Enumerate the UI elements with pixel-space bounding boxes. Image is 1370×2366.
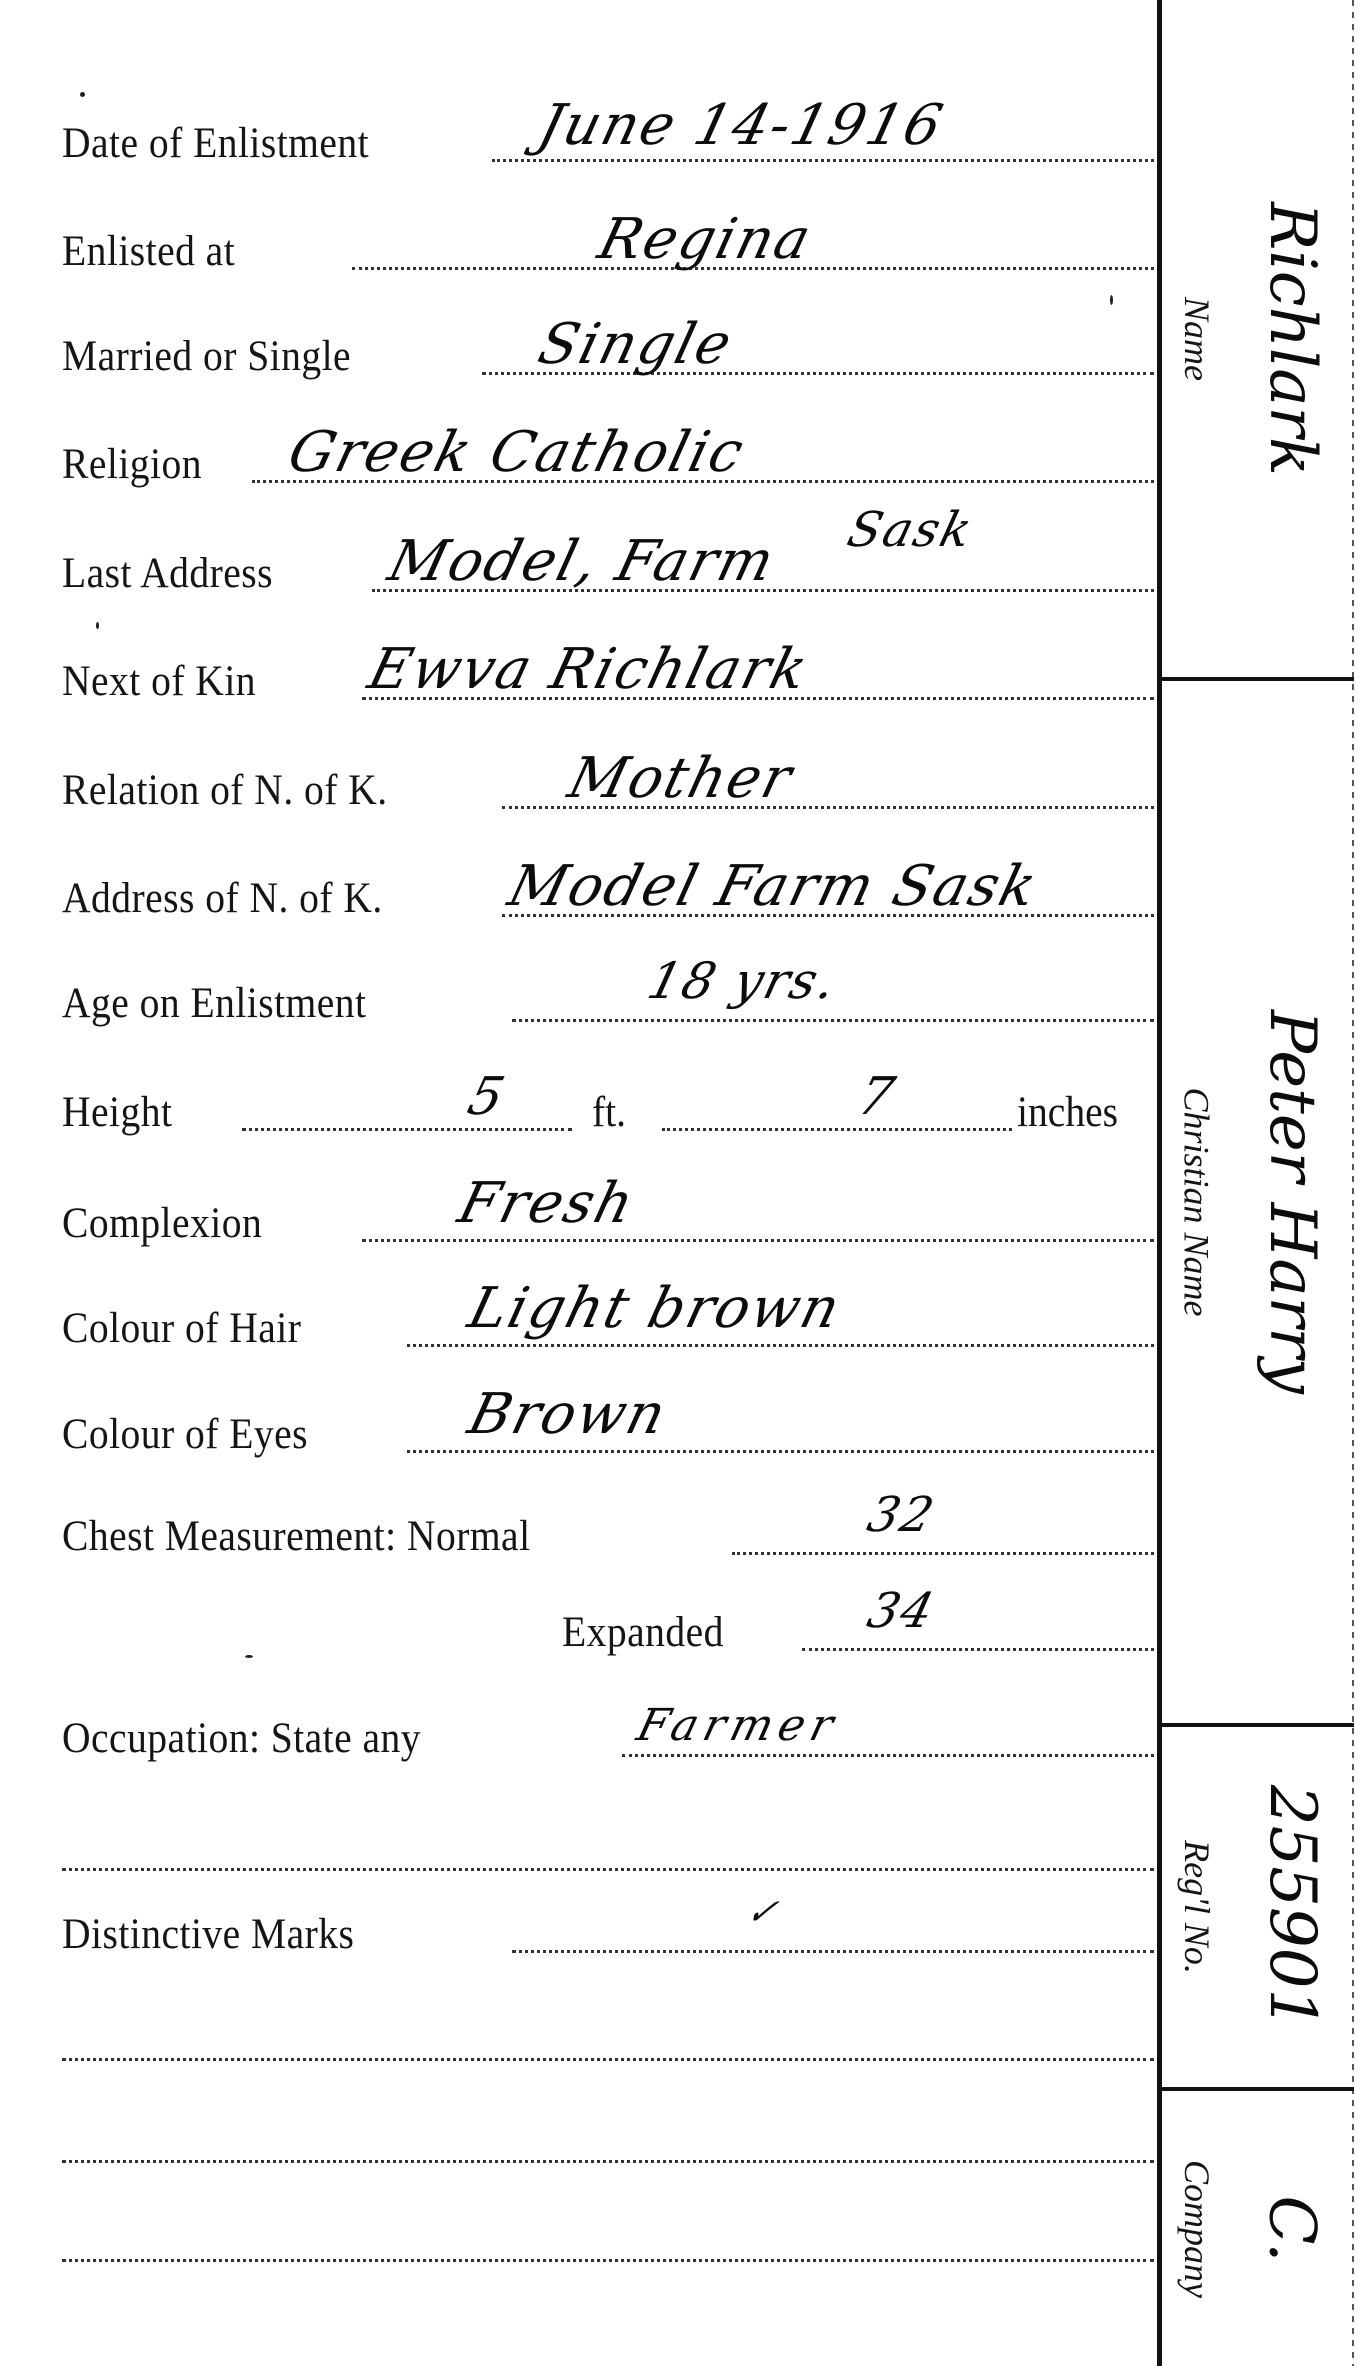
blank-line — [62, 2212, 1154, 2272]
field-value[interactable]: June 14-1916 — [532, 93, 950, 158]
field-chest-normal: Chest Measurement: Normal 32 — [62, 1505, 1154, 1565]
field-date-of-enlistment: Date of Enlistment June 14-1916 — [62, 112, 1154, 172]
fill-line[interactable] — [62, 2058, 1154, 2061]
field-religion: Religion Greek Catholic — [62, 433, 1154, 493]
fill-line-feet — [242, 1128, 572, 1131]
sidebar-name-cell: Name Richlark — [1162, 0, 1352, 677]
sidebar-regt-no-cell: Reg'l No. 255901 — [1162, 1727, 1352, 2087]
field-value[interactable]: Regina — [592, 207, 819, 272]
fill-line — [732, 1552, 1154, 1555]
field-label: Colour of Hair — [62, 1304, 301, 1353]
field-age-on-enlistment: Age on Enlistment 18 yrs. — [62, 972, 1154, 1032]
sidebar-company-cell: Company C. — [1162, 2091, 1352, 2366]
field-value[interactable]: 18 yrs. — [642, 952, 844, 1010]
field-label: Religion — [62, 440, 202, 489]
field-colour-of-eyes: Colour of Eyes Brown — [62, 1403, 1154, 1463]
field-value[interactable]: Mother — [562, 746, 800, 811]
field-complexion: Complexion Fresh — [62, 1192, 1154, 1252]
field-label: Age on Enlistment — [62, 979, 366, 1028]
fill-line — [512, 1019, 1154, 1022]
field-enlisted-at: Enlisted at Regina — [62, 220, 1154, 280]
inches-unit-label: inches — [1017, 1088, 1118, 1137]
paper-speck — [245, 1655, 253, 1658]
fill-line — [407, 1450, 1154, 1453]
field-value[interactable]: Brown — [462, 1382, 674, 1447]
field-value[interactable]: Light brown — [462, 1276, 848, 1341]
height-inches-value[interactable]: 7 — [852, 1067, 902, 1127]
fill-line — [802, 1648, 1154, 1651]
field-label: Expanded — [562, 1608, 724, 1657]
field-occupation-continued — [62, 1821, 1154, 1881]
regt-no-label: Reg'l No. — [1162, 1727, 1232, 2087]
fill-line[interactable] — [62, 2259, 1154, 2262]
field-last-address: Last Address Model, Farm Sask — [62, 542, 1154, 602]
field-value[interactable]: Ewva Richlark — [362, 637, 815, 702]
sidebar-christian-name-cell: Christian Name Peter Harry — [1162, 681, 1352, 1723]
paper-speck — [1110, 295, 1113, 305]
paper-speck — [96, 622, 99, 629]
field-value[interactable]: Greek Catholic — [282, 420, 751, 485]
field-colour-of-hair: Colour of Hair Light brown — [62, 1297, 1154, 1357]
field-label: Date of Enlistment — [62, 119, 369, 168]
field-occupation: Occupation: State any Farmer — [62, 1707, 1154, 1767]
field-value-extra[interactable]: Sask — [842, 502, 979, 558]
field-label: Complexion — [62, 1199, 262, 1248]
field-label: Enlisted at — [62, 227, 235, 276]
card-edge — [1352, 0, 1354, 2366]
field-label: Married or Single — [62, 332, 351, 381]
christian-name-label: Christian Name — [1162, 681, 1232, 1723]
attestation-form: Date of Enlistment June 14-1916 Enlisted… — [0, 0, 1160, 2366]
paper-speck — [80, 92, 85, 97]
field-label: Occupation: State any — [62, 1714, 421, 1763]
field-value[interactable]: 34 — [862, 1583, 941, 1639]
field-height: Height 5 ft. 7 inches — [62, 1081, 1154, 1141]
field-label: Chest Measurement: Normal — [62, 1512, 531, 1561]
regt-no-value[interactable]: 255901 — [1232, 1727, 1352, 2087]
field-distinctive-marks: Distinctive Marks ✓ — [62, 1903, 1154, 1963]
fill-line — [407, 1344, 1154, 1347]
company-value[interactable]: C. — [1232, 2091, 1352, 2366]
field-value[interactable]: Model, Farm — [382, 529, 782, 594]
fill-line — [512, 1950, 1154, 1953]
blank-line — [62, 2113, 1154, 2173]
field-label: Last Address — [62, 549, 273, 598]
field-value[interactable]: Farmer — [632, 1700, 844, 1751]
field-value[interactable]: Fresh — [452, 1171, 642, 1236]
field-chest-expanded: Expanded 34 — [62, 1601, 1154, 1661]
field-label: Height — [62, 1088, 172, 1137]
field-label: Distinctive Marks — [62, 1910, 354, 1959]
field-married-or-single: Married or Single Single — [62, 325, 1154, 385]
height-feet-value[interactable]: 5 — [462, 1067, 512, 1127]
field-value[interactable]: Model Farm Sask — [502, 854, 1045, 919]
company-label: Company — [1162, 2091, 1232, 2366]
field-relation-of-next-of-kin: Relation of N. of K. Mother — [62, 759, 1154, 819]
field-label: Address of N. of K. — [62, 874, 383, 923]
fill-line[interactable] — [62, 1868, 1154, 1871]
fill-line-inches — [662, 1128, 1012, 1131]
christian-name-value[interactable]: Peter Harry — [1232, 681, 1352, 1723]
field-address-of-next-of-kin: Address of N. of K. Model Farm Sask — [62, 867, 1154, 927]
field-value[interactable]: Single — [532, 312, 739, 377]
field-value[interactable]: 32 — [862, 1487, 941, 1543]
fill-line[interactable] — [62, 2160, 1154, 2163]
field-label: Colour of Eyes — [62, 1410, 308, 1459]
name-value[interactable]: Richlark — [1232, 0, 1352, 677]
name-label: Name — [1162, 0, 1232, 677]
field-label: Relation of N. of K. — [62, 766, 388, 815]
fill-line — [362, 1239, 1154, 1242]
field-next-of-kin: Next of Kin Ewva Richlark — [62, 650, 1154, 710]
field-label: Next of Kin — [62, 657, 256, 706]
blank-line — [62, 2011, 1154, 2071]
fill-line — [492, 159, 1154, 162]
feet-unit-label: ft. — [592, 1088, 626, 1137]
field-value[interactable]: ✓ — [742, 1892, 784, 1933]
fill-line — [622, 1754, 1154, 1757]
